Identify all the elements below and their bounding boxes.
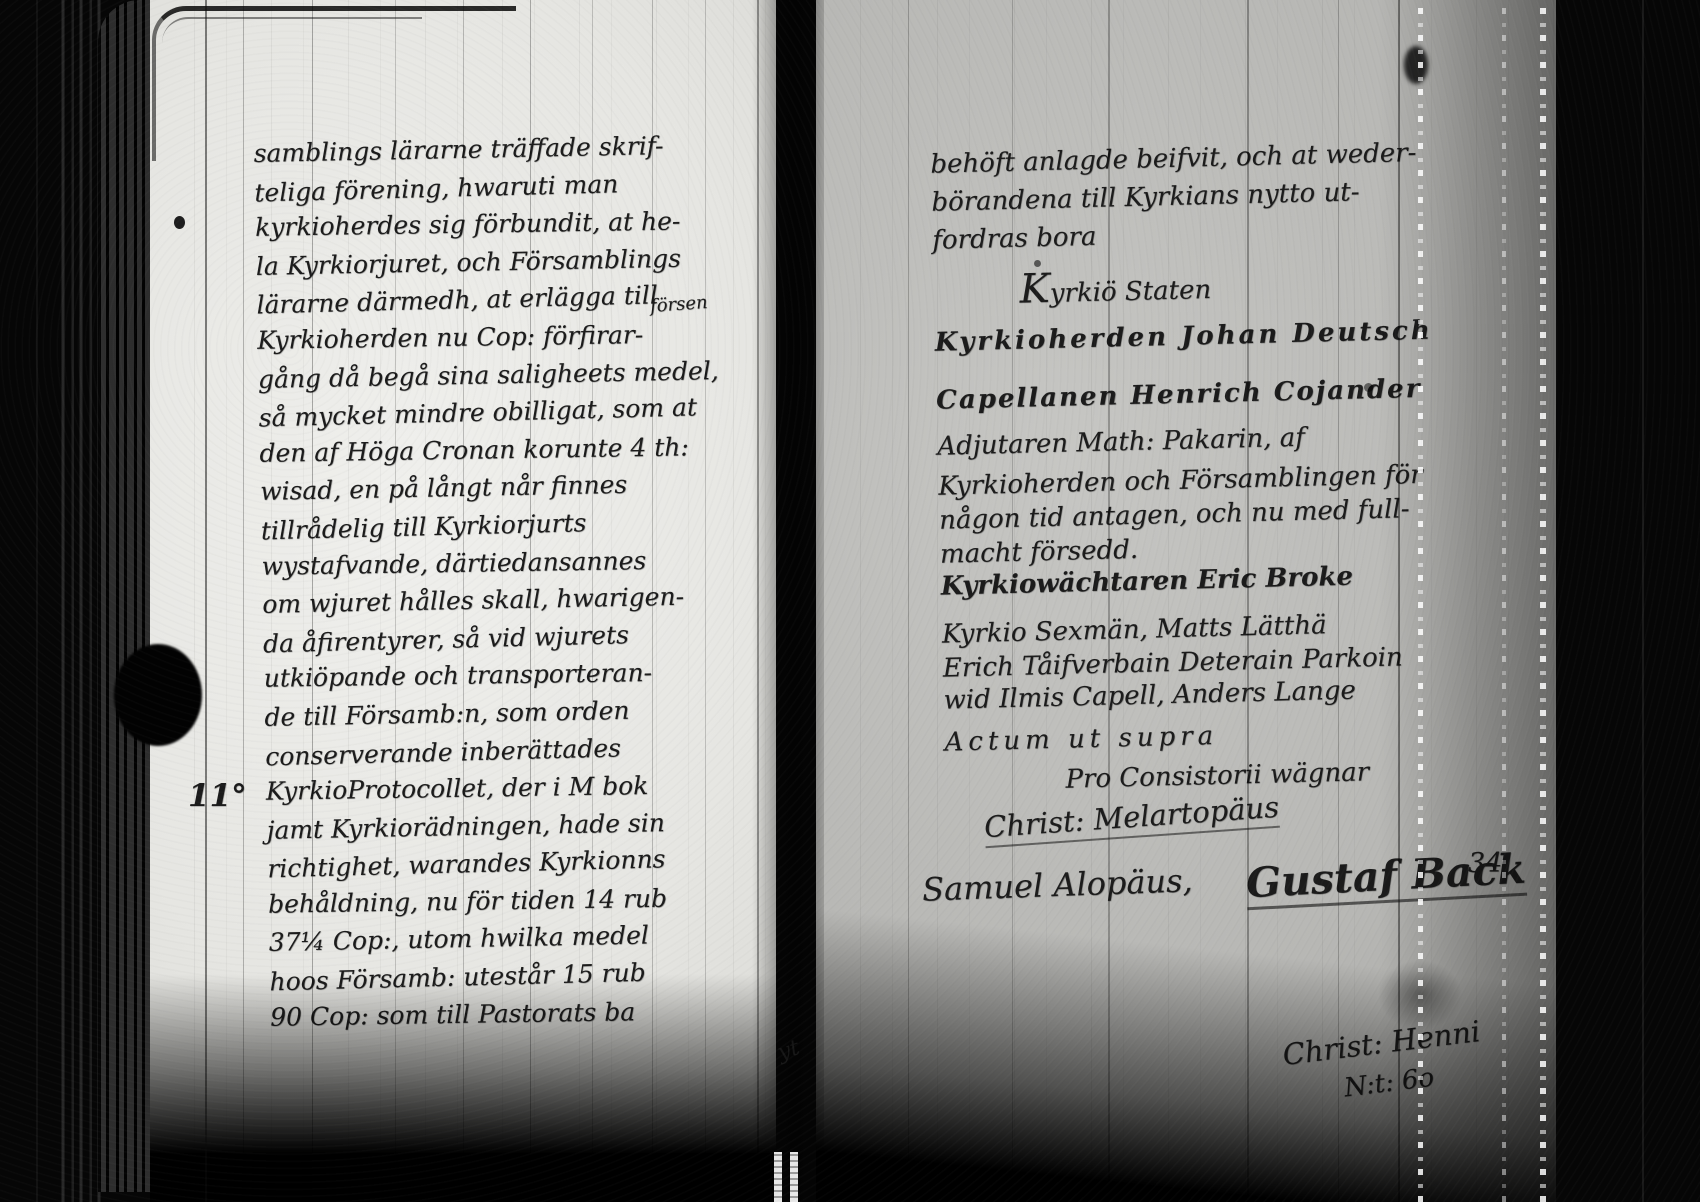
manuscript-line: Adjutaren Math: Pakarin, af [937,423,1305,462]
manuscript-line: Kyrkio Sexmän, Matts Lätthä [942,610,1327,649]
roster-line-vicar: Kyrkioherden Johan Deutsch [934,316,1433,358]
manuscript-line: macht försedd. [940,535,1139,570]
actum-ut-supra-line: Actum ut supra [944,721,1218,758]
manuscript-line: behåldning, nu för tiden 14 rub [268,882,776,927]
manuscript-line: utkiöpande och transporteran- [264,657,775,702]
roster-line-chaplain: Capellanen Henrich Cojander [936,374,1422,416]
left-page: samblings lärarne träffade skrif-teliga … [150,0,776,1202]
manuscript-line: KyrkioProtocollet, der i M bok [266,769,776,814]
manuscript-line: wystafvande, därtiedansannes [261,544,772,589]
manuscript-line: 90 Cop: som till Pastorats ba [270,995,776,1040]
manuscript-line: den af Höga Cronan korunte 4 th: [259,431,770,476]
consistory-line: Pro Consistorii wägnar [1065,757,1369,794]
page-number: 34 [1468,848,1502,879]
manuscript-line: någon tid antagen, och nu med full- [939,494,1410,535]
film-scratch [36,0,38,1202]
gutter-catchword: yt [775,1035,803,1065]
stacked-page-edges [98,0,156,1192]
signature-melartopaus: Christ: Melartopäus [983,790,1280,849]
corner-annotation-number: N:t: 6o [1343,1063,1436,1104]
right-page: behöft anlagde beifvit, och at weder- bö… [816,0,1556,1202]
right-page-text-block: behöft anlagde beifvit, och at weder- bö… [930,134,1556,150]
cover-edge-line-inner [162,17,422,109]
interlinear-insertion: försen [649,292,708,317]
microfilm-frame: samblings lärarne träffade skrif-teliga … [0,0,1700,1202]
section-heading-kyrkiostaten: Kyrkiö Staten [1019,261,1212,313]
signature-alopaus: Samuel Alopäus, [921,861,1193,908]
left-page-text-block: samblings lärarne träffade skrif-teliga … [253,129,776,1041]
film-scratch [1642,0,1644,1202]
manuscript-line: kyrkioherdes sig förbundit, at he- [255,205,766,250]
film-registration-mark [790,1152,798,1202]
book-spine-ridges [56,0,102,1202]
film-registration-mark [774,1152,782,1202]
manuscript-line: börandena till Kyrkians nytto ut- [931,177,1360,217]
manuscript-line: Kyrkioherden nu Cop: förfirar- [257,318,768,363]
margin-paragraph-number: 11° [188,778,247,814]
manuscript-line: behöft anlagde beifvit, och at weder- [930,138,1417,180]
manuscript-line: fordras bora [932,222,1097,256]
corner-annotation-name: Christ: Henni [1281,1014,1482,1072]
